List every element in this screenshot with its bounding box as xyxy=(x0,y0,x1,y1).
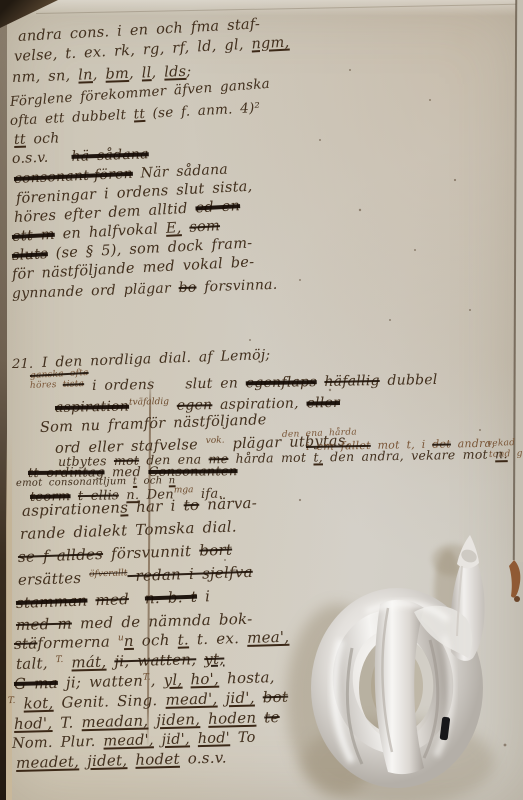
fabric-knot xyxy=(0,0,523,800)
red-edge-mark xyxy=(509,560,520,598)
fabric-body xyxy=(334,535,484,774)
red-edge-dot xyxy=(514,596,520,602)
manuscript-photo: andra cons. i en och fma staf- velse, t.… xyxy=(0,0,523,800)
